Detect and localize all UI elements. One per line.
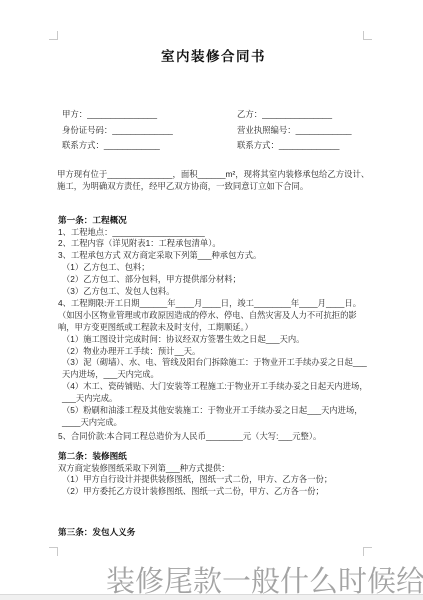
contract-line: （2）物业办理开工手续：预计__天。	[58, 346, 370, 358]
contract-line: 3、工程承包方式 双方商定采取下列第___种承包方式。	[58, 250, 370, 262]
contract-line: （1）乙方包工、包料；	[58, 262, 370, 274]
party-info-form: 甲方：_______________ 乙方：_______________ 身份…	[62, 107, 367, 154]
contract-line: （2）乙方包工、部分包料，甲方提供部分材料；	[58, 274, 370, 286]
contract-document-page: 室内装修合同书 甲方：_______________ 乙方：__________…	[0, 0, 423, 600]
contract-line: （4）木工、瓷砖铺贴、大门安装等工程施工:于物业开工手续办妥之日起天内进场，__…	[58, 381, 370, 405]
form-row-parties: 甲方：_______________ 乙方：_______________	[62, 107, 367, 123]
article-2-heading: 第二条：装修图纸	[58, 450, 370, 463]
article-3-employer-obligations: 第三条：发包人义务	[58, 526, 370, 539]
contract-line: （1）甲方自行设计并提供装修图纸，图纸一式二份，甲方、乙方各一份；	[58, 474, 370, 486]
contract-line: 双方商定装修图纸采取下列第___种方式提供：	[58, 463, 370, 475]
text-boundary-mark-top-left	[49, 31, 58, 40]
article-1-project-overview: 第一条：工程概况 1、工程地点：____________________ 2、工…	[58, 214, 370, 443]
text-boundary-mark-bottom-left	[49, 547, 58, 556]
business-license-field: 营业执照编号：____________	[237, 123, 367, 139]
contract-line: 4、工程期限:开工日期______年____月____日，竣工________年…	[58, 298, 370, 310]
article-2-decoration-drawings: 第二条：装修图纸 双方商定装修图纸采取下列第___种方式提供： （1）甲方自行设…	[58, 450, 370, 498]
contract-line: 2、工程内容（详见附表1：工程承包清单）。	[58, 238, 370, 250]
contract-line: 5、合同价款:本合同工程总造价为人民币________元（大写:___元整）。	[58, 431, 370, 443]
contract-line: （如因小区物业管理或市政原因造成的停水、停电、自然灾害及人力不可抗拒的影响，甲方…	[58, 310, 370, 334]
document-title: 室内装修合同书	[57, 45, 370, 65]
form-row-id-numbers: 身份证号码：_____________ 营业执照编号：____________	[62, 123, 367, 139]
bottom-strip	[0, 594, 423, 600]
contract-line: （2）甲方委托乙方设计装修图纸、图纸一式二份，甲方、乙方各一份；	[58, 486, 370, 498]
intro-paragraph: 甲方现有位于______________，面积______m²，现将其室内装修承…	[57, 169, 370, 192]
form-row-contacts: 联系方式：____________ 联系方式：_____________	[62, 138, 367, 154]
article-1-heading: 第一条：工程概况	[58, 214, 370, 227]
contract-line: （1）施工图设计完成时间：协议经双方签署生效之日起___天内。	[58, 334, 370, 346]
id-number-field: 身份证号码：_____________	[62, 123, 237, 139]
contract-line: 1、工程地点：____________________	[58, 227, 370, 239]
article-3-heading: 第三条：发包人义务	[58, 526, 370, 539]
text-boundary-mark-bottom-right	[363, 547, 372, 556]
contract-line: （5）粉刷和油漆工程及其他安装施工：于物业开工手续办妥之日起___天内进场，__…	[58, 405, 370, 429]
contract-line: （3）泥（砌墙）、水、电、管线及阳台门拆除施工：于物业开工手续办妥之日起___天…	[58, 357, 370, 381]
party-b-contact-field: 联系方式：_____________	[237, 138, 367, 154]
party-a-contact-field: 联系方式：____________	[62, 138, 237, 154]
contract-line: （3）乙方包工、发包人包料。	[58, 286, 370, 298]
party-a-field: 甲方：_______________	[62, 107, 237, 123]
text-boundary-mark-top-right	[363, 31, 372, 40]
party-b-field: 乙方：_______________	[237, 107, 367, 123]
